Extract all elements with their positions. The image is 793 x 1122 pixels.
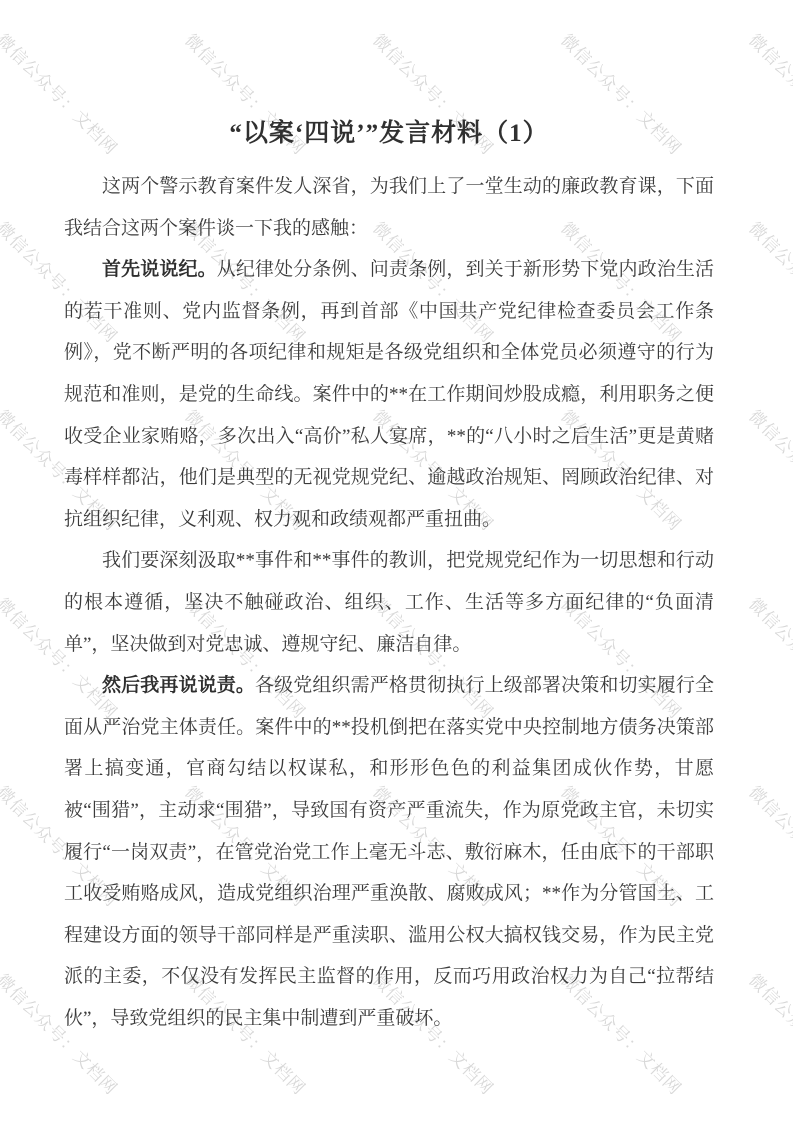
watermark-text: 微信公众号：文档网	[744, 591, 793, 723]
watermark-text: 微信公众号：文档网	[744, 967, 793, 1099]
watermark-text: 微信公众号：文档网	[744, 779, 793, 911]
paragraph: 这两个警示教育案件发人深省，为我们上了一堂生动的廉政教育课，下面我结合这两个案件…	[64, 166, 714, 249]
paragraph: 我们要深刻汲取**事件和**事件的教训，把党规党纪作为一切思想和行动的根本遵循，…	[64, 540, 714, 665]
paragraph-lead: 首先说说纪。	[102, 259, 217, 280]
paragraph: 然后我再说说责。各级党组织需严格贯彻执行上级部署决策和切实履行全面从严治党主体责…	[64, 665, 714, 1039]
watermark-text: 微信公众号：文档网	[744, 215, 793, 347]
paragraph: 首先说说纪。从纪律处分条例、问责条例，到关于新形势下党内政治生活的若干准则、党内…	[64, 249, 714, 540]
watermark-text: 微信公众号：文档网	[744, 27, 793, 159]
document-page: 微信公众号：文档网微信公众号：文档网微信公众号：文档网微信公众号：文档网微信公众…	[0, 0, 793, 1122]
document-title: “以案‘四说’”发言材料（1）	[64, 112, 714, 156]
paragraph-text: 各级党组织需严格贯彻执行上级部署决策和切实履行全面从严治党主体责任。案件中的**…	[64, 675, 714, 1029]
paragraph-text: 我们要深刻汲取**事件和**事件的教训，把党规党纪作为一切思想和行动的根本遵循，…	[64, 550, 714, 654]
paragraph-text: 这两个警示教育案件发人深省，为我们上了一堂生动的廉政教育课，下面我结合这两个案件…	[64, 176, 714, 239]
paragraph-lead: 然后我再说说责。	[102, 675, 255, 696]
watermark-text: 微信公众号：文档网	[744, 403, 793, 535]
document-content: “以案‘四说’”发言材料（1） 这两个警示教育案件发人深省，为我们上了一堂生动的…	[64, 112, 714, 1039]
paragraph-text: 从纪律处分条例、问责条例，到关于新形势下党内政治生活的若干准则、党内监督条例，再…	[64, 259, 714, 530]
